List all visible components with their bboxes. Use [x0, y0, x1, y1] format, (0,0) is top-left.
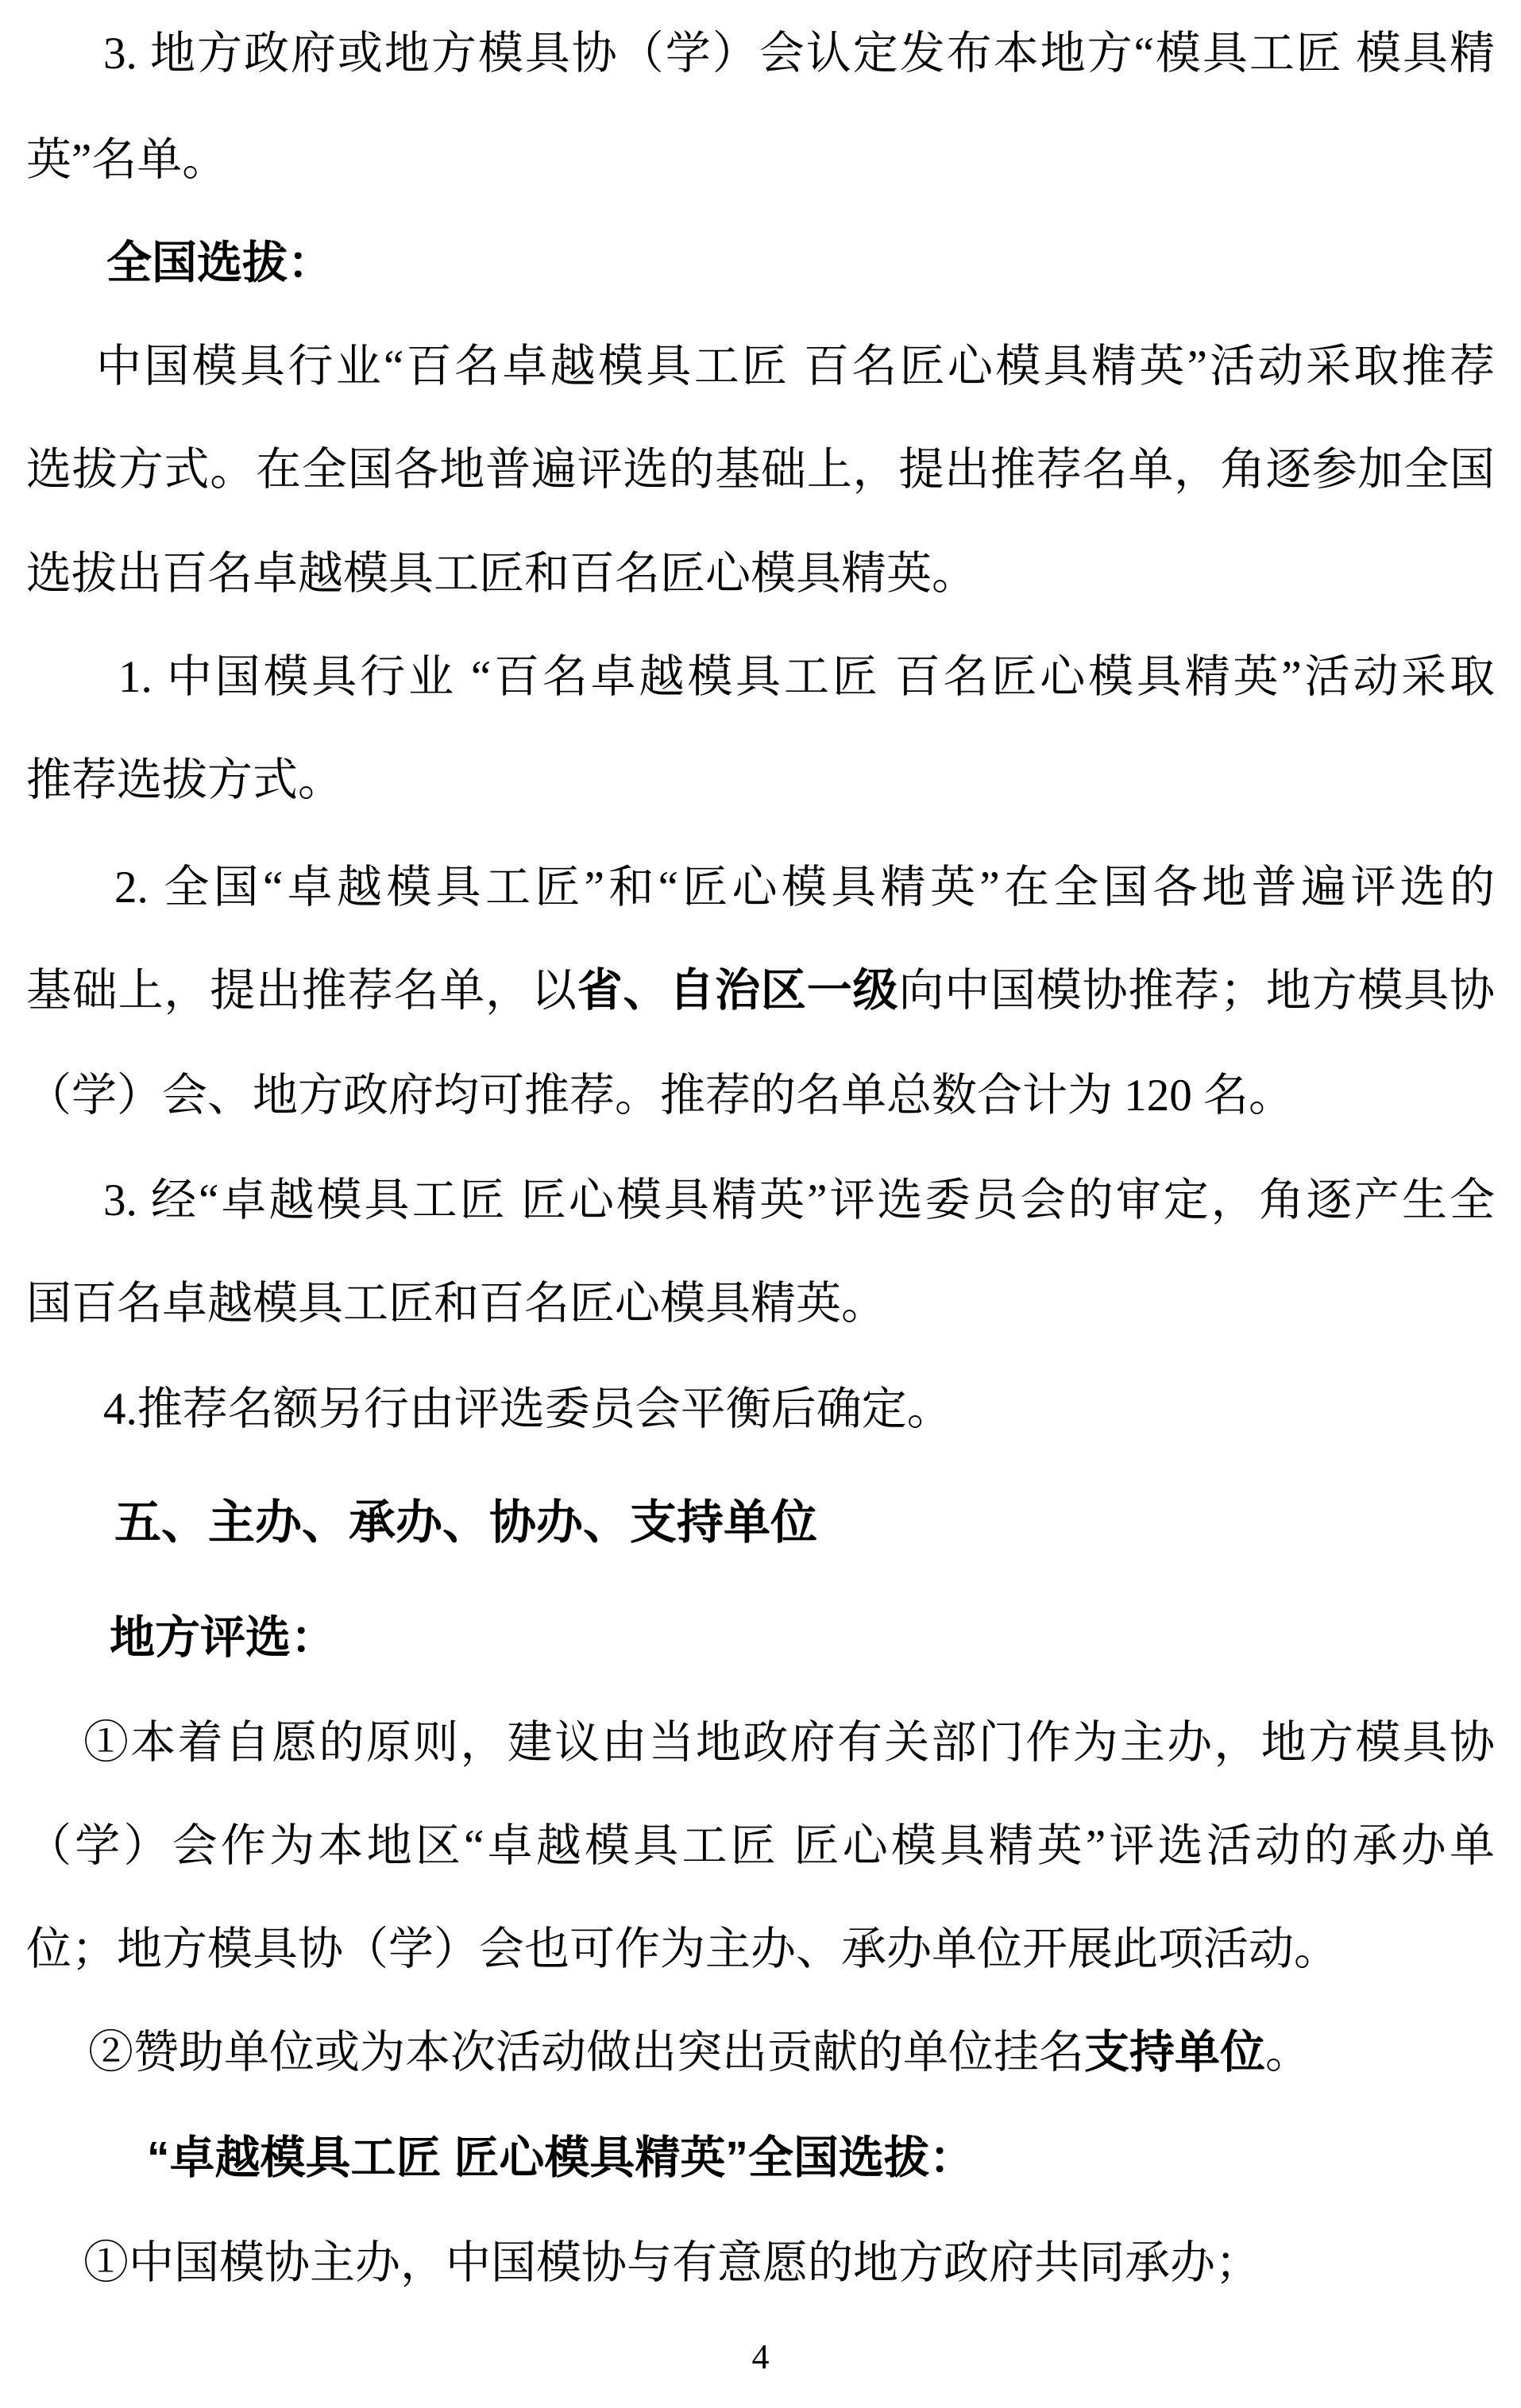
- text-line-21: “卓越模具工匠 匠心模具精英”全国选拔：: [147, 2131, 975, 2186]
- bold-text-run: 支持单位: [1084, 2027, 1265, 2078]
- text-run: 4.推荐名额另行由评选委员会平衡后确定。: [103, 1384, 952, 1434]
- text-line-8: 推荐选拔方式。: [26, 753, 343, 808]
- text-run: 3. 经“卓越模具工匠 匠心模具精英”评选委员会的审定，角逐产生全: [103, 1175, 1495, 1225]
- text-run: 位；地方模具协（学）会也可作为主办、承办单位开展此项活动。: [26, 1924, 1339, 1974]
- text-line-3: 全国选拔：: [106, 236, 333, 291]
- text-line-16: 地方评选：: [110, 1611, 336, 1666]
- text-line-2: 英”名单。: [26, 133, 227, 188]
- text-run: ①中国模协主办，中国模协与有意愿的地方政府共同承办；: [83, 2238, 1260, 2288]
- text-run: ②赞助单位或为本次活动做出突出贡献的单位挂名: [88, 2028, 1084, 2078]
- text-line-1: 3. 地方政府或地方模具协（学）会认定发布本地方“模具工匠 模具精: [103, 26, 1495, 82]
- text-line-22: ①中国模协主办，中国模协与有意愿的地方政府共同承办；: [83, 2236, 1260, 2291]
- text-line-6: 选拔出百名卓越模具工匠和百名匠心模具精英。: [26, 546, 977, 602]
- text-line-13: 国百名卓越模具工匠和百名匠心模具精英。: [26, 1276, 886, 1332]
- text-line-11: （学）会、地方政府均可推荐。推荐的名单总数合计为 120 名。: [26, 1068, 1294, 1124]
- bold-text-run: 省、自治区一级: [577, 965, 899, 1016]
- text-run: 中国模具行业“百名卓越模具工匠 百名匠心模具精英”活动采取推荐: [96, 342, 1495, 392]
- bold-text-run: “卓越模具工匠 匠心模具精英”全国选拔：: [147, 2132, 975, 2183]
- text-run: （学）会作为本地区“卓越模具工匠 匠心模具精英”评选活动的承办单: [26, 1821, 1495, 1871]
- text-line-17: ①本着自愿的原则，建议由当地政府有关部门作为主办，地方模具协: [83, 1715, 1495, 1771]
- text-run: 3. 地方政府或地方模具协（学）会认定发布本地方“模具工匠 模具精: [103, 29, 1495, 79]
- text-run: 英”名单。: [26, 135, 227, 185]
- text-line-10: 基础上，提出推荐名单，以省、自治区一级向中国模协推荐；地方模具协: [26, 963, 1495, 1019]
- text-run: 选拔出百名卓越模具工匠和百名匠心模具精英。: [26, 549, 977, 599]
- text-line-7: 1. 中国模具行业 “百名卓越模具工匠 百名匠心模具精英”活动采取: [118, 650, 1495, 705]
- text-run: 2. 全国“卓越模具工匠”和“匠心模具精英”在全国各地普遍评选的: [114, 862, 1495, 913]
- text-run: 国百名卓越模具工匠和百名匠心模具精英。: [26, 1279, 886, 1329]
- text-run: 向中国模协推荐；地方模具协: [898, 966, 1495, 1016]
- text-line-12: 3. 经“卓越模具工匠 匠心模具精英”评选委员会的审定，角逐产生全: [103, 1173, 1495, 1229]
- bold-text-run: 全国选拔：: [106, 237, 333, 288]
- text-run: 选拔方式。在全国各地普遍评选的基础上，提出推荐名单，角逐参加全国: [26, 445, 1495, 495]
- text-run: 1. 中国模具行业 “百名卓越模具工匠 百名匠心模具精英”活动采取: [118, 652, 1495, 702]
- text-run: 推荐选拔方式。: [26, 755, 343, 805]
- text-run: 基础上，提出推荐名单，以: [26, 966, 577, 1016]
- text-line-18: （学）会作为本地区“卓越模具工匠 匠心模具精英”评选活动的承办单: [26, 1819, 1495, 1874]
- text-line-14: 4.推荐名额另行由评选委员会平衡后确定。: [103, 1382, 952, 1437]
- text-run: （学）会、地方政府均可推荐。推荐的名单总数合计为 120 名。: [26, 1071, 1294, 1121]
- bold-text-run: 五、主办、承办、协办、支持单位: [114, 1496, 817, 1549]
- text-line-4: 中国模具行业“百名卓越模具工匠 百名匠心模具精英”活动采取推荐: [96, 339, 1495, 395]
- text-run: 。: [1265, 2028, 1311, 2078]
- text-line-5: 选拔方式。在全国各地普遍评选的基础上，提出推荐名单，角逐参加全国: [26, 442, 1495, 498]
- page-number: 4: [0, 2337, 1521, 2377]
- text-run: ①本着自愿的原则，建议由当地政府有关部门作为主办，地方模具协: [83, 1718, 1495, 1768]
- document-page: 3. 地方政府或地方模具协（学）会认定发布本地方“模具工匠 模具精英”名单。全国…: [0, 0, 1521, 2408]
- text-line-9: 2. 全国“卓越模具工匠”和“匠心模具精英”在全国各地普遍评选的: [114, 860, 1495, 916]
- text-line-19: 位；地方模具协（学）会也可作为主办、承办单位开展此项活动。: [26, 1922, 1339, 1978]
- text-line-20: ②赞助单位或为本次活动做出突出贡献的单位挂名支持单位。: [88, 2025, 1311, 2081]
- text-line-15: 五、主办、承办、协办、支持单位: [114, 1495, 817, 1552]
- bold-text-run: 地方评选：: [110, 1612, 336, 1663]
